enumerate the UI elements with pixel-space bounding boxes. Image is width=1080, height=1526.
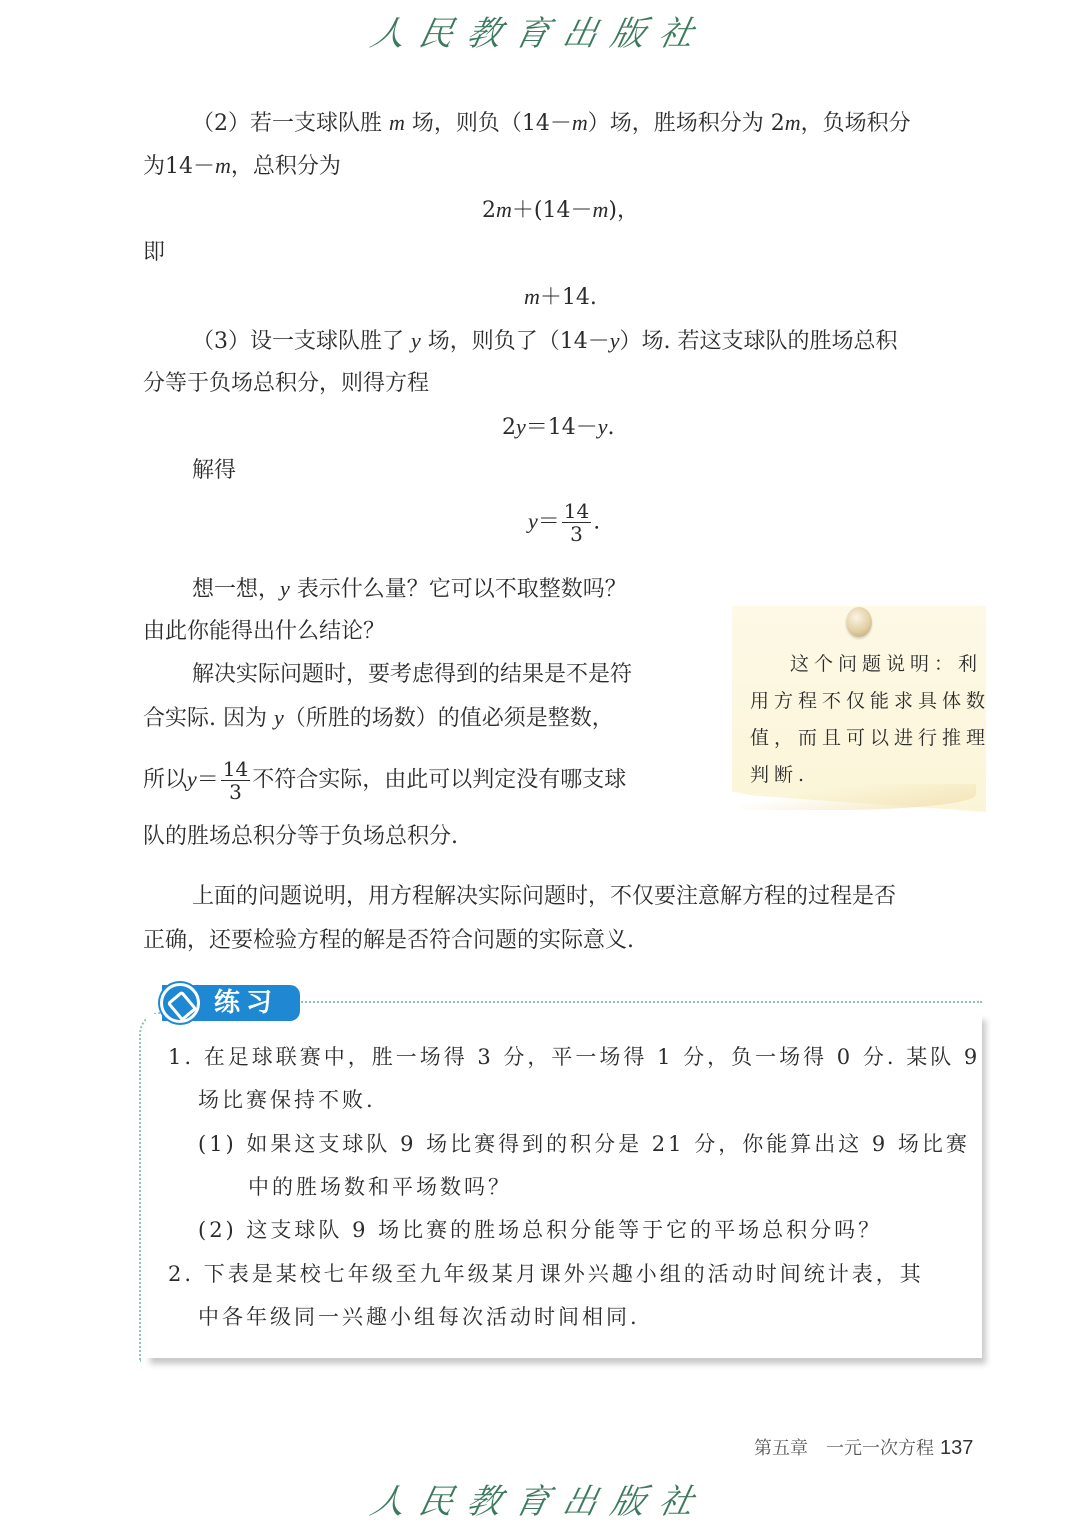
equation-simplified: m＋14. — [524, 282, 597, 313]
text: 表示什么量？它可以不取整数吗？ — [297, 577, 627, 602]
side-note-line-2: 用方程不仅能求具体数 — [750, 683, 990, 720]
summary-line-1: 上面的问题说明，用方程解决实际问题时，不仅要注意解方程的过程是否 — [192, 882, 896, 912]
practice-dotted-border-top — [298, 1001, 982, 1003]
exercise-2-line-2: 中各年级同一兴趣小组每次活动时间相同. — [198, 1302, 640, 1332]
solve-line-2: 合实际. 因为 y（所胜的场数）的值必须是整数， — [143, 703, 614, 734]
side-note-line-3: 值，而且可以进行推理 — [750, 720, 990, 757]
fraction-numerator: 14 — [221, 758, 250, 781]
text: 合实际. 因为 — [143, 706, 267, 731]
text: 所以 — [143, 768, 187, 793]
variable-m: m — [524, 284, 540, 309]
variable-m: m — [592, 197, 608, 222]
variable-m: m — [389, 110, 405, 135]
exercise-1-1-line-2: 中的胜场数和平场数吗？ — [248, 1172, 512, 1202]
text: ＋(14－ — [512, 198, 593, 223]
equation-2y: 2y＝14－y. — [502, 412, 615, 443]
text: . — [593, 510, 600, 535]
fraction-numerator: 14 — [562, 500, 591, 523]
text: 2 — [482, 198, 496, 223]
text: 场，则负（14－ — [412, 111, 572, 136]
equation-total-score: 2m＋(14－m)， — [482, 195, 639, 226]
solve-line-1: 解决实际问题时，要考虑得到的结果是不是符 — [192, 660, 632, 690]
exercise-1-line-2: 场比赛保持不败. — [198, 1085, 376, 1115]
text: )， — [608, 198, 639, 223]
text: ＋14. — [540, 285, 597, 310]
variable-y: y — [280, 576, 290, 601]
text: 想一想， — [192, 577, 280, 602]
paragraph-3-line-2: 分等于负场总积分，则得方程 — [143, 369, 429, 399]
exercise-2-line-1: 2. 下表是某校七年级至九年级某月课外兴趣小组的活动时间统计表，其 — [168, 1259, 924, 1289]
pushpin-icon — [846, 607, 872, 637]
variable-y: y — [610, 328, 620, 353]
publisher-logo-top: 人民教育出版社 — [0, 6, 1080, 55]
exercise-1-2: (2) 这支球队 9 场比赛的胜场总积分能等于它的平场总积分吗？ — [198, 1215, 882, 1245]
variable-y: y — [411, 328, 421, 353]
fraction-14-over-3: 143 — [221, 758, 250, 803]
text: 2 — [502, 415, 516, 440]
variable-y: y — [528, 509, 538, 534]
variable-m: m — [215, 153, 231, 178]
side-note-line-1: 这个问题说明：利 — [790, 646, 982, 683]
variable-y: y — [598, 414, 608, 439]
exercise-1-1-line-1: (1) 如果这支球队 9 场比赛得到的积分是 21 分，你能算出这 9 场比赛 — [198, 1129, 970, 1159]
variable-y: y — [274, 705, 284, 730]
text: ）场，胜场积分为 2 — [588, 111, 785, 136]
text: ＝ — [538, 510, 560, 535]
solve-line-3: 所以y＝143不符合实际，由此可以判定没有哪支球 — [143, 758, 626, 803]
practice-pencil-icon — [160, 983, 200, 1023]
think-line-1: 想一想，y 表示什么量？它可以不取整数吗？ — [192, 574, 627, 605]
text: 为14－ — [143, 154, 215, 179]
paragraph-2-line-1: （2）若一支球队胜 m 场，则负（14－m）场，胜场积分为 2m，负场积分 — [192, 108, 911, 139]
summary-line-2: 正确，还要检验方程的解是否符合问题的实际意义. — [143, 926, 634, 956]
practice-title: 练习 — [214, 985, 278, 1021]
text: ，负场积分 — [801, 111, 911, 136]
side-note-line-4: 判断. — [750, 757, 809, 794]
paragraph-3-line-1: （3）设一支球队胜了 y 场，则负了（14－y）场. 若这支球队的胜场总积 — [192, 326, 898, 357]
variable-y: y — [516, 414, 526, 439]
fraction-14-over-3: 143 — [562, 500, 591, 545]
text: 不符合实际，由此可以判定没有哪支球 — [252, 768, 626, 793]
text: （3）设一支球队胜了 — [192, 329, 404, 354]
text: ＝14－ — [526, 415, 598, 440]
variable-m: m — [496, 197, 512, 222]
text: ）场. 若这支球队的胜场总积 — [620, 329, 898, 354]
equation-y-fraction: y＝143. — [528, 500, 600, 545]
word-ji: 即 — [143, 238, 165, 268]
variable-m: m — [572, 110, 588, 135]
variable-y: y — [187, 767, 197, 792]
text: ，总积分为 — [231, 154, 341, 179]
text: ＝ — [197, 768, 219, 793]
exercise-1-line-1: 1. 在足球联赛中，胜一场得 3 分，平一场得 1 分，负一场得 0 分. 某队… — [168, 1042, 980, 1072]
text: 场，则负了（14－ — [428, 329, 610, 354]
think-line-2: 由此你能得出什么结论？ — [143, 617, 385, 647]
fraction-denominator: 3 — [562, 523, 591, 545]
word-jiede: 解得 — [192, 456, 236, 486]
text: （所胜的场数）的值必须是整数， — [284, 706, 614, 731]
text: （2）若一支球队胜 — [192, 111, 382, 136]
chapter-title: 第五章 一元一次方程 — [754, 1438, 934, 1459]
text: . — [608, 415, 615, 440]
variable-m: m — [785, 110, 801, 135]
page-footer: 第五章 一元一次方程137 — [754, 1434, 973, 1460]
page-number: 137 — [940, 1437, 973, 1459]
paragraph-2-line-2: 为14－m，总积分为 — [143, 151, 341, 182]
solve-line-4: 队的胜场总积分等于负场总积分. — [143, 822, 458, 852]
fraction-denominator: 3 — [221, 781, 250, 803]
publisher-logo-bottom: 人民教育出版社 — [0, 1474, 1080, 1523]
